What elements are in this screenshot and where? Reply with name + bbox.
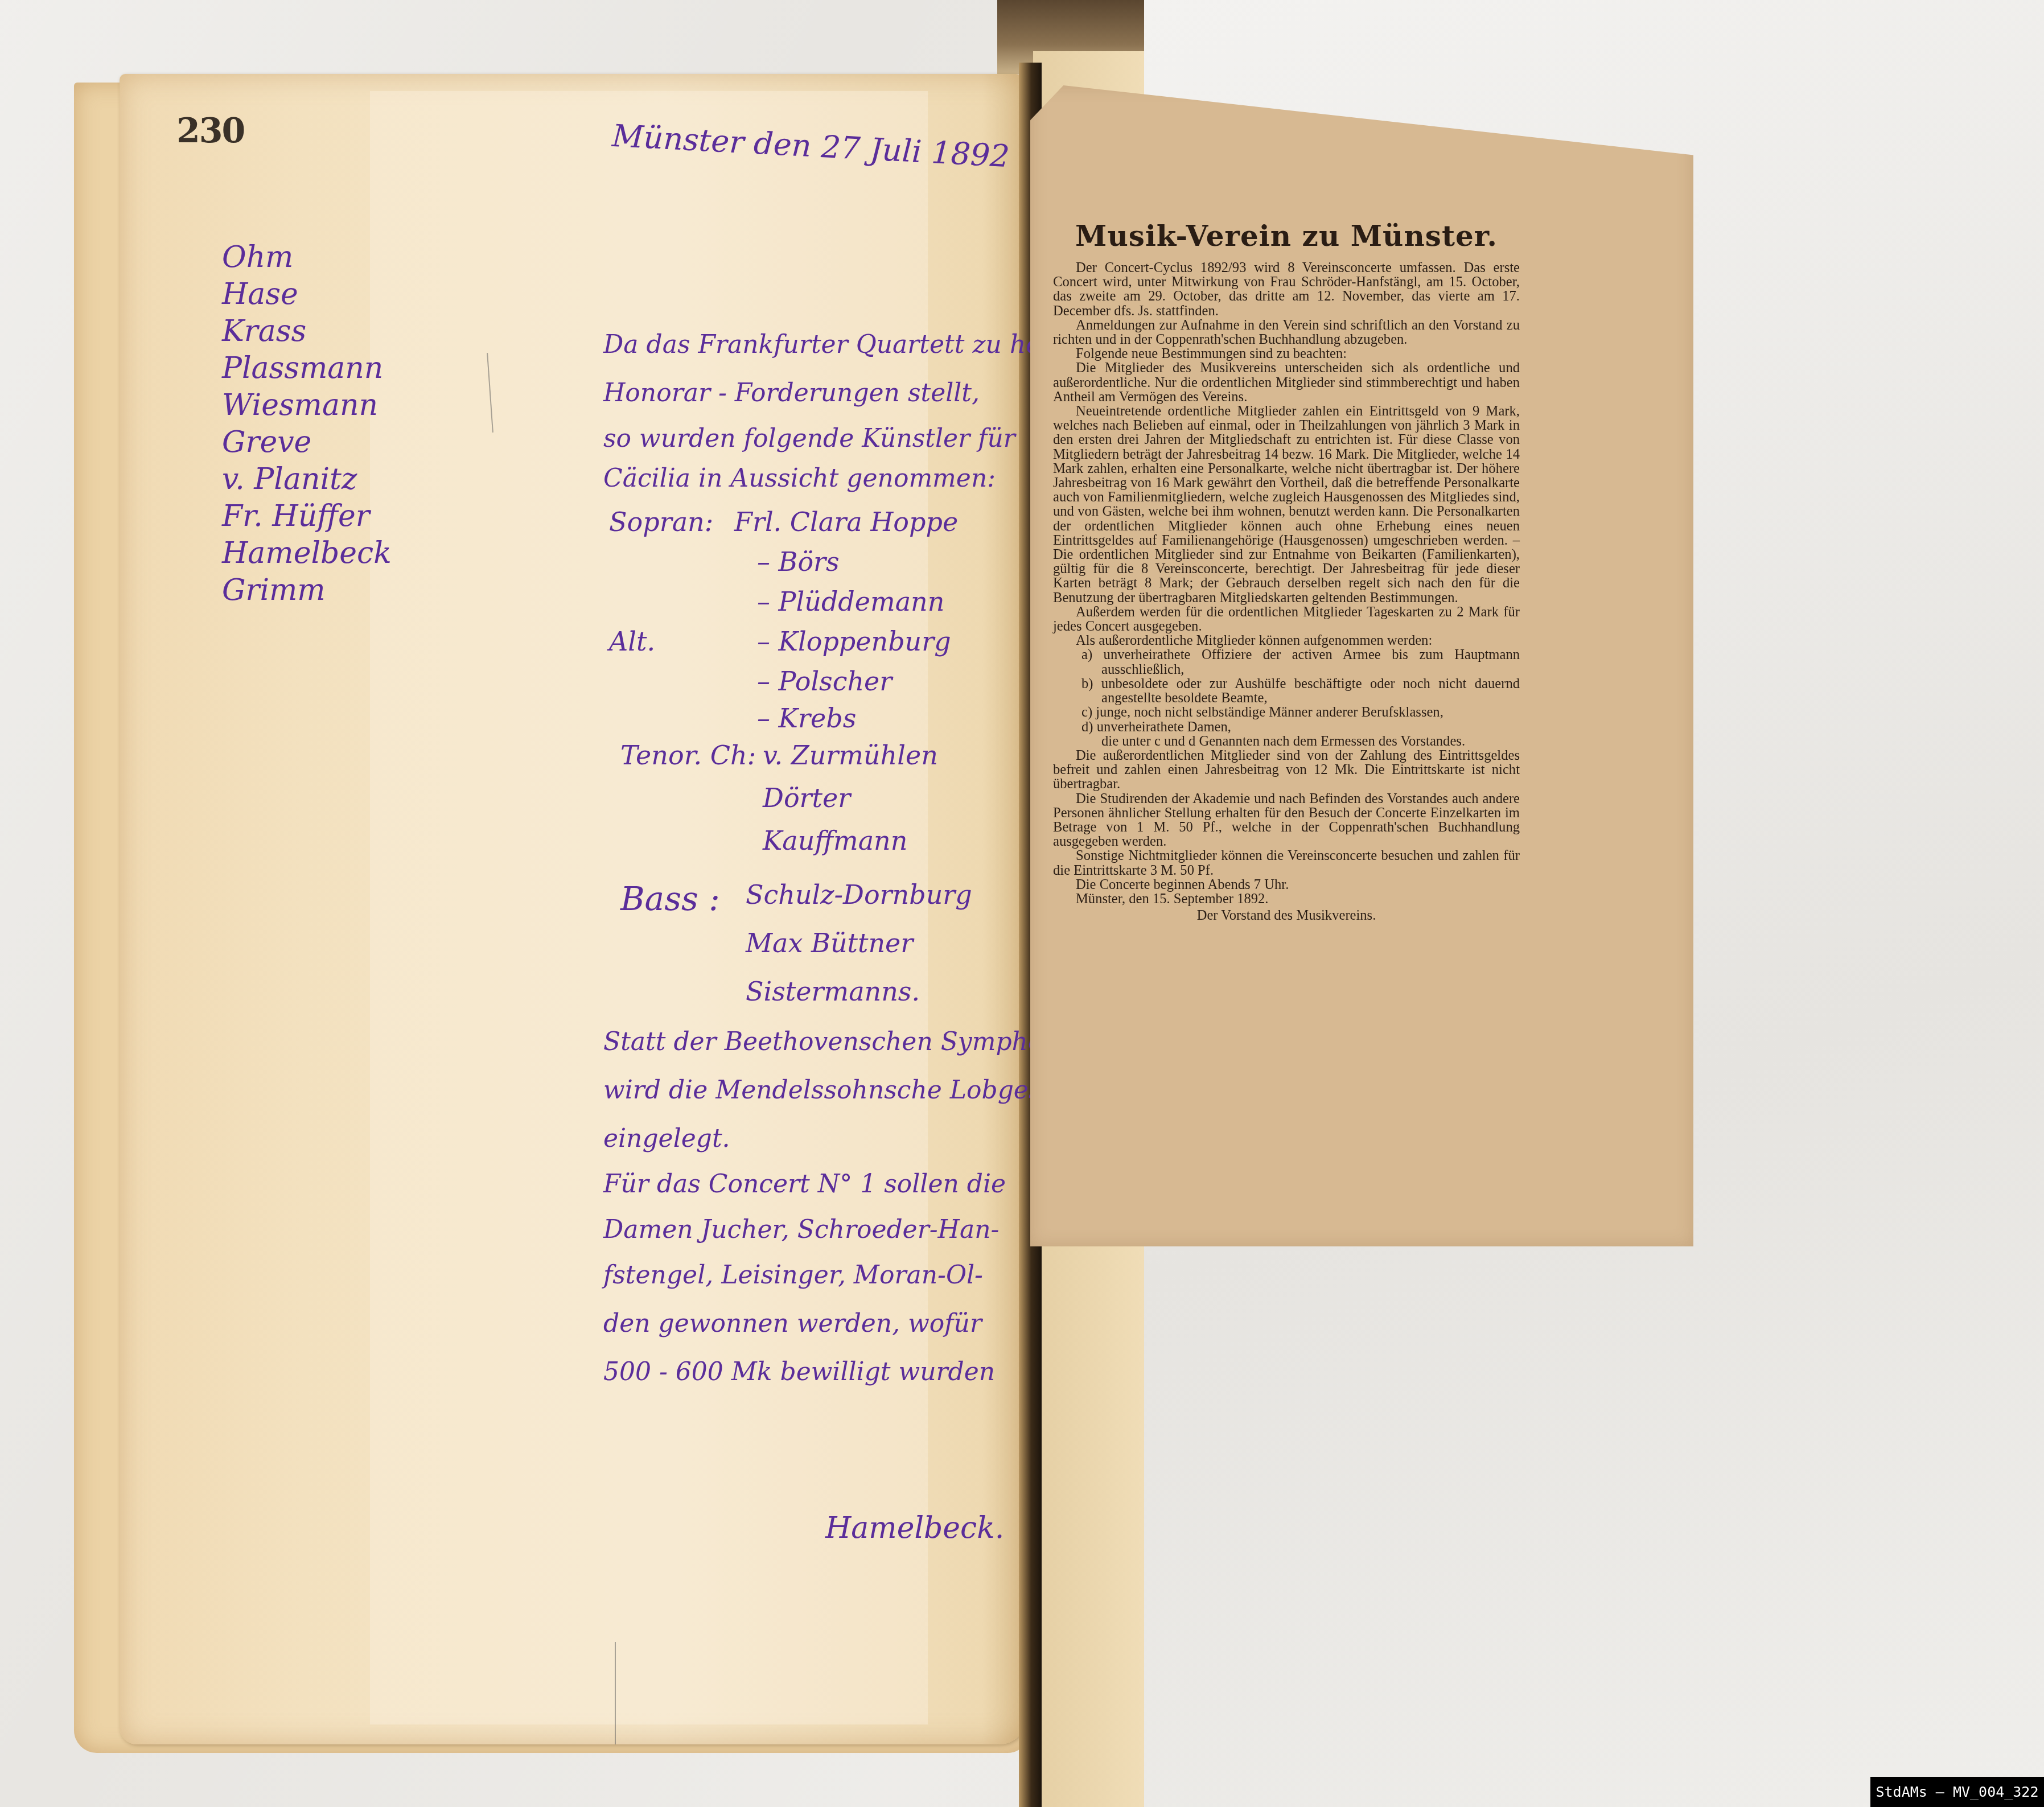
attendee: Hase [222, 276, 392, 313]
attendee-list: Ohm Hase Krass Plassmann Wiesmann Greve … [222, 239, 392, 609]
singer-name: Dörter [763, 783, 850, 813]
closing-line: fstengel, Leisinger, Moran-Ol- [603, 1261, 983, 1290]
leaflet-paragraph: Neueintretende ordentliche Mitglieder za… [1053, 404, 1520, 605]
attendee: Grimm [222, 572, 392, 609]
list-item: a) unverheirathete Offiziere der activen… [1053, 648, 1520, 676]
leaflet-title: Musik-Verein zu Münster. [1053, 219, 1520, 253]
attendee: Wiesmann [222, 387, 392, 424]
attendee: v. Planitz [222, 461, 392, 498]
attendee: Greve [222, 424, 392, 461]
leaflet-paragraph: Als außerordentliche Mitglieder können a… [1053, 633, 1520, 648]
voice-label-bass: Bass : [620, 879, 720, 918]
leaflet-paragraph: Sonstige Nichtmitglieder können die Vere… [1053, 849, 1520, 877]
leaflet-paragraph: Folgende neue Bestimmungen sind zu beach… [1053, 347, 1520, 361]
list-note: die unter c und d Genannten nach dem Erm… [1053, 734, 1520, 748]
singer-name: – Krebs [757, 703, 856, 734]
singer-name: Sistermanns. [746, 976, 920, 1007]
page-number: 230 [176, 111, 244, 151]
leaflet-paragraph: Die außerordentlichen Mitglieder sind vo… [1053, 748, 1520, 792]
leaflet-date: Münster, den 15. September 1892. [1053, 892, 1520, 907]
closing-line: den gewonnen werden, wofür [603, 1309, 982, 1338]
leaflet-paragraph: Der Concert-Cyclus 1892/93 wird 8 Verein… [1053, 261, 1520, 318]
singer-name: v. Zurmühlen [763, 740, 938, 771]
singer-name: Kauffmann [763, 825, 907, 856]
attendee: Fr. Hüffer [222, 498, 392, 535]
leaflet-paragraph: Außerdem werden für die ordentlichen Mit… [1053, 605, 1520, 633]
closing-line: Damen Jucher, Schroeder-Han- [603, 1215, 999, 1244]
voice-label-tenor: Tenor. Ch: [620, 740, 756, 771]
intro-line: so wurden folgende Künstler für [603, 424, 1015, 453]
closing-line: eingelegt. [603, 1124, 730, 1153]
attendee: Ohm [222, 239, 392, 276]
attendee: Plassmann [222, 350, 392, 387]
singer-name: – Börs [757, 546, 840, 577]
closing-line: wird die Mendelssohnsche Lobgesang [603, 1076, 1088, 1105]
singer-name: – Kloppenburg [757, 626, 951, 657]
leaflet-text: Musik-Verein zu Münster. Der Concert-Cyc… [1053, 219, 1520, 924]
intro-line: Honorar - Forderungen stellt, [603, 378, 980, 407]
list-item: c) junge, noch nicht selbständige Männer… [1053, 705, 1520, 719]
pencil-mark [615, 1642, 616, 1744]
closing-line: Für das Concert N° 1 sollen die [603, 1170, 1006, 1199]
attendee: Hamelbeck [222, 535, 392, 572]
singer-name: Frl. Clara Hoppe [734, 507, 958, 537]
intro-line: Da das Frankfurter Quartett zu hohe [603, 330, 1072, 359]
intro-line: Cäcilia in Aussicht genommen: [603, 464, 996, 493]
signature: Hamelbeck. [825, 1511, 1004, 1545]
voice-label-alto: Alt. [609, 626, 655, 657]
singer-name: Max Büttner [746, 928, 913, 958]
singer-name: Schulz-Dornburg [746, 879, 972, 910]
leaflet-paragraph: Die Concerte beginnen Abends 7 Uhr. [1053, 878, 1520, 892]
closing-line: 500 - 600 Mk bewilligt wurden [603, 1357, 995, 1386]
archive-reference-label: StdAMs – MV_004_322 [1870, 1777, 2044, 1807]
voice-label-soprano: Sopran: [609, 507, 713, 537]
leaflet-paragraph: Die Mitglieder des Musikvereins untersch… [1053, 361, 1520, 404]
leaflet-signatory: Der Vorstand des Musikvereins. [1053, 908, 1520, 924]
leaflet-paragraph: Anmeldungen zur Aufnahme in den Verein s… [1053, 318, 1520, 347]
closing-line: Statt der Beethovenschen Symphonie [603, 1027, 1082, 1056]
membership-criteria-list: a) unverheirathete Offiziere der activen… [1053, 648, 1520, 748]
list-item: b) unbesoldete oder zur Aushülfe beschäf… [1053, 677, 1520, 705]
list-item: d) unverheirathete Damen, [1053, 720, 1520, 734]
leaflet-paragraph: Die Studirenden der Akademie und nach Be… [1053, 792, 1520, 849]
attendee: Krass [222, 313, 392, 350]
singer-name: – Plüddemann [757, 586, 944, 617]
singer-name: – Polscher [757, 666, 892, 697]
